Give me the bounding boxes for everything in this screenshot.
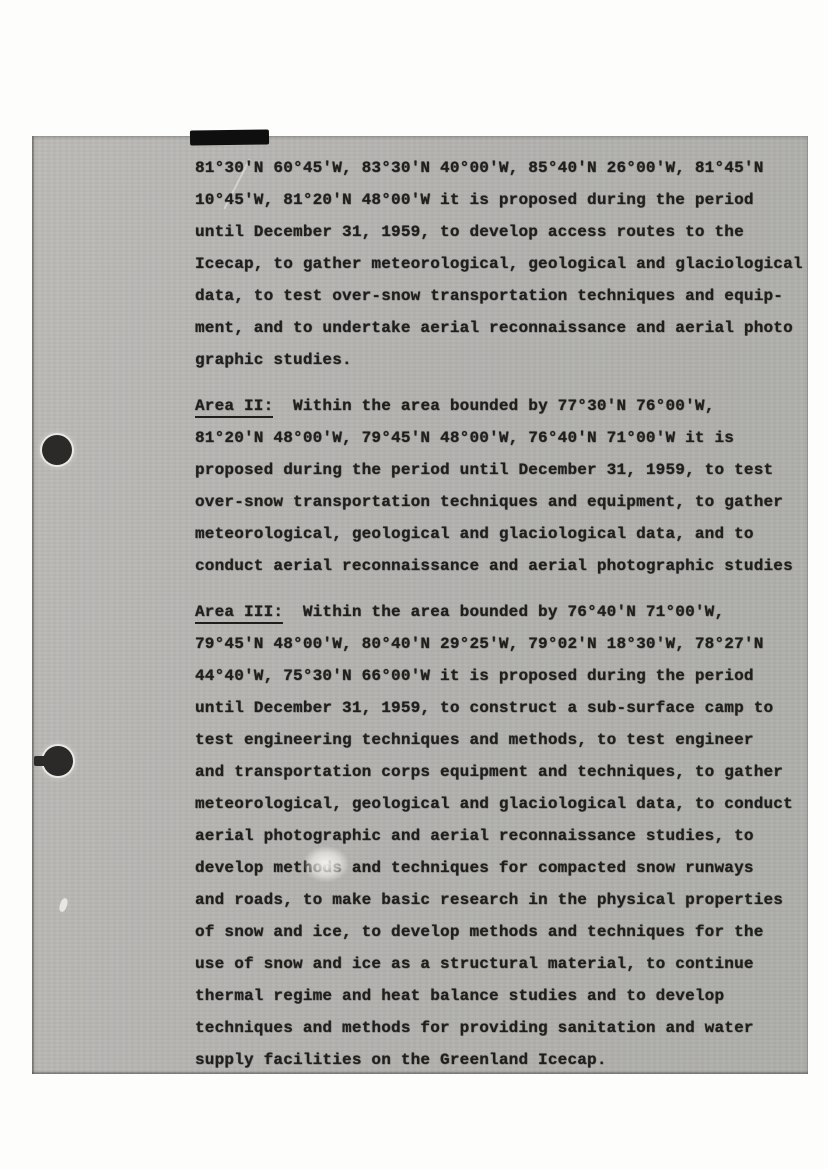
text-line: meteorological, geological and glaciolog…	[195, 518, 815, 550]
text-line: meteorological, geological and glaciolog…	[195, 788, 815, 820]
paragraph-area2: Area II: Within the area bounded by 77°3…	[195, 390, 815, 582]
text-line: use of snow and ice as a structural mate…	[195, 948, 815, 980]
text-line: 81°30'N 60°45'W, 83°30'N 40°00'W, 85°40'…	[195, 152, 815, 184]
text-line: data, to test over-snow transportation t…	[195, 280, 815, 312]
text-line-rest: Within the area bounded by 76°40'N 71°00…	[283, 603, 724, 621]
area-ii-heading: Area II:	[195, 397, 273, 418]
text-line: proposed during the period until Decembe…	[195, 454, 815, 486]
text-line: techniques and methods for providing san…	[195, 1012, 815, 1044]
white-smudge-artifact	[303, 846, 349, 882]
text-line: aerial photographic and aerial reconnais…	[195, 820, 815, 852]
text-line: over-snow transportation techniques and …	[195, 486, 815, 518]
text-line: graphic studies.	[195, 344, 815, 376]
text-line: 81°20'N 48°00'W, 79°45'N 48°00'W, 76°40'…	[195, 422, 815, 454]
text-line: test engineering techniques and methods,…	[195, 724, 815, 756]
text-line: 79°45'N 48°00'W, 80°40'N 29°25'W, 79°02'…	[195, 628, 815, 660]
text-line: thermal regime and heat balance studies …	[195, 980, 815, 1012]
text-line: 10°45'W, 81°20'N 48°00'W it is proposed …	[195, 184, 815, 216]
scanned-document-canvas: 81°30'N 60°45'W, 83°30'N 40°00'W, 85°40'…	[0, 0, 828, 1169]
text-line: ment, and to undertake aerial reconnaiss…	[195, 312, 815, 344]
text-line: Icecap, to gather meteorological, geolog…	[195, 248, 815, 280]
text-line: Area II: Within the area bounded by 77°3…	[195, 390, 815, 422]
text-line: and roads, to make basic research in the…	[195, 884, 815, 916]
text-line: until December 31, 1959, to construct a …	[195, 692, 815, 724]
hole-punch-top	[42, 435, 72, 465]
redaction-bar	[190, 129, 269, 145]
area-iii-heading: Area III:	[195, 603, 283, 624]
text-line: conduct aerial reconnaissance and aerial…	[195, 550, 815, 582]
text-line: and transportation corps equipment and t…	[195, 756, 815, 788]
paragraph-area3: Area III: Within the area bounded by 76°…	[195, 596, 815, 1076]
text-line: of snow and ice, to develop methods and …	[195, 916, 815, 948]
text-line-rest: Within the area bounded by 77°30'N 76°00…	[273, 397, 714, 415]
hole-punch-bottom	[43, 746, 73, 776]
text-line: Area III: Within the area bounded by 76°…	[195, 596, 815, 628]
paragraph-area1-continuation: 81°30'N 60°45'W, 83°30'N 40°00'W, 85°40'…	[195, 152, 815, 376]
text-line: until December 31, 1959, to develop acce…	[195, 216, 815, 248]
text-line: 44°40'W, 75°30'N 66°00'W it is proposed …	[195, 660, 815, 692]
text-line: develop methods and techniques for compa…	[195, 852, 815, 884]
hole-punch-notch	[34, 756, 47, 766]
document-text: 81°30'N 60°45'W, 83°30'N 40°00'W, 85°40'…	[195, 152, 815, 1076]
text-line: supply facilities on the Greenland Iceca…	[195, 1044, 815, 1076]
